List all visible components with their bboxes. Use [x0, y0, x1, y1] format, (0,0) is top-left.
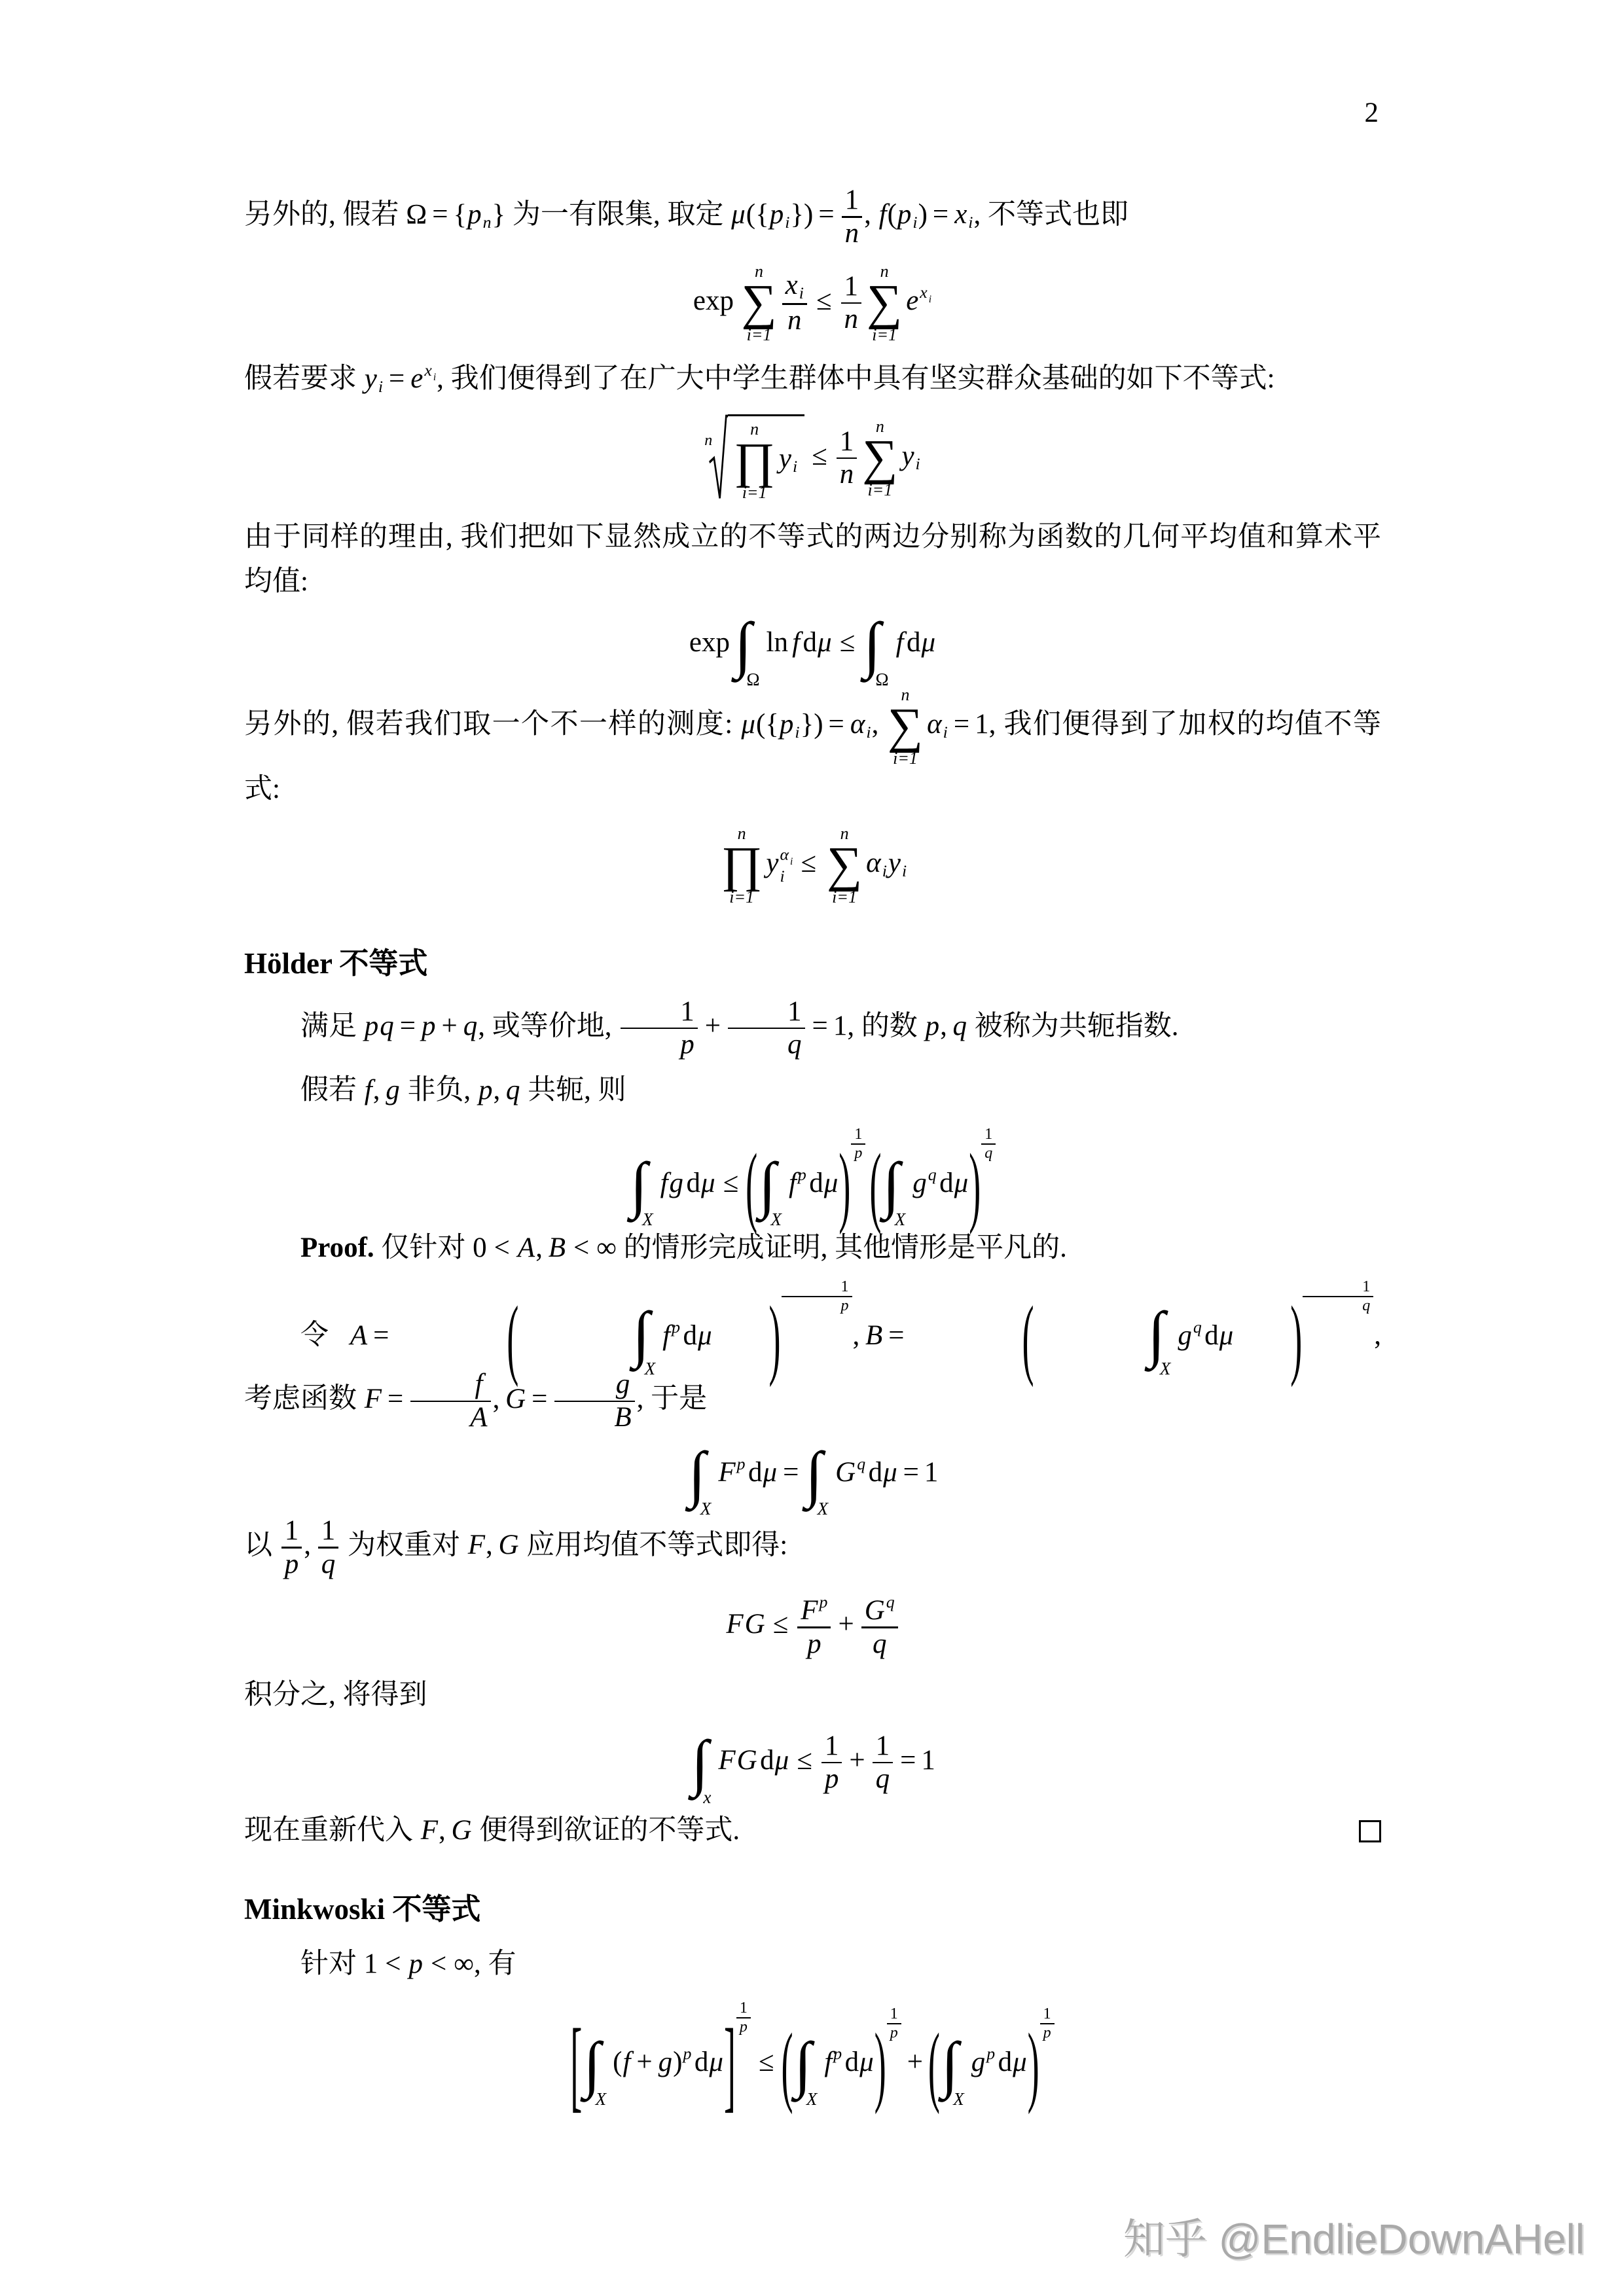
math-token: 1 — [1303, 1278, 1373, 1296]
inline-math: Ω={pn} — [406, 199, 505, 230]
formula-row: nn∏i=1yi≤1nn∑i=1yi — [704, 440, 920, 471]
math-operator: + — [833, 1609, 859, 1640]
math-variable: α — [850, 709, 866, 740]
math-operator: = — [895, 1745, 921, 1776]
math-token: B — [554, 1402, 634, 1433]
paragraph: 积分之, 将得到 — [244, 1673, 1381, 1717]
paragraph: 针对 1<p<∞, 有 — [244, 1942, 1381, 1986]
math-variable: e — [410, 363, 424, 394]
math-operator: = — [883, 1320, 909, 1351]
operator-glyph: ∏ — [721, 842, 763, 888]
operator-lower-limit: i=1 — [742, 484, 767, 501]
integral: ∫Ω — [734, 617, 765, 673]
math-relation: ≤ — [793, 848, 823, 878]
operator-lower-limit: i=1 — [872, 326, 897, 344]
math-variable: F — [364, 1384, 382, 1414]
integral: ∫X — [805, 1446, 833, 1502]
scripted-group: (∫Xfpdμ)1p — [782, 2047, 902, 2077]
operator-lower-limit: i=1 — [867, 481, 892, 499]
math-variable: q — [886, 1592, 895, 1611]
roman-text: 1 — [840, 426, 854, 457]
math-variable: g — [912, 1168, 928, 1198]
math-variable: α — [865, 848, 882, 878]
roman-text: 1 — [854, 1126, 862, 1143]
paren-group: (∫Xfpdμ) — [394, 1306, 780, 1369]
math-token: 1p — [1039, 2013, 1055, 2032]
roman-text: d — [760, 1745, 774, 1776]
fraction: 1p — [887, 2005, 901, 2042]
math-variable: G — [835, 1457, 856, 1488]
integral-subscript: x — [703, 1787, 711, 1807]
math-relation: < — [424, 1948, 454, 1979]
roman-text: , — [373, 1075, 380, 1105]
math-token: 1q — [1302, 1285, 1374, 1304]
math-variable: G — [451, 1815, 473, 1846]
math-operator: = — [898, 1457, 924, 1488]
math-variable: n — [482, 213, 492, 232]
math-variable: μ — [882, 1457, 898, 1488]
fraction: 1q — [1303, 1278, 1373, 1315]
math-variable: μ — [740, 709, 756, 740]
math-variable: y — [765, 848, 779, 878]
fraction: Fpp — [797, 1593, 831, 1660]
math-variable: f — [660, 1168, 669, 1198]
integral-glyph: ∫ — [734, 617, 751, 672]
math-relation: ≤ — [804, 440, 835, 471]
math-variable: p — [824, 1763, 840, 1794]
roman-text: , — [493, 1384, 500, 1414]
math-token: i — [912, 213, 918, 232]
fraction: 1n — [842, 185, 863, 249]
scripted-group: Fp — [717, 1457, 746, 1488]
math-operator: = — [928, 199, 954, 230]
math-variable: μ — [921, 627, 937, 658]
paragraph: 由于同样的理由, 我们把如下显然成立的不等式的两边分别称为函数的几何平均值和算术… — [244, 515, 1381, 604]
roman-text: , — [853, 1320, 860, 1351]
math-token: i — [915, 454, 921, 473]
math-variable: G — [498, 1530, 520, 1560]
math-variable: p — [478, 1075, 494, 1105]
formula-row: [∫X(f+g)pdμ]1p≤(∫Xfpdμ)1p+(∫Xgpdμ)1p — [570, 2047, 1055, 2077]
math-token: p — [819, 1592, 829, 1611]
paren-group: (∫Xgqdμ) — [910, 1306, 1303, 1369]
roman-text: 1 — [825, 1731, 839, 1761]
math-variable: μ — [731, 199, 746, 230]
math-token: αi — [780, 846, 794, 867]
math-token: 1p — [850, 1133, 866, 1152]
math-token: p — [833, 2044, 842, 2063]
math-operator: = — [368, 1320, 394, 1351]
math-variable: f — [622, 2047, 631, 2077]
roman-text: ( — [888, 199, 897, 230]
roman-text: 1 — [680, 996, 695, 1027]
roman-text: ∞ — [596, 1232, 617, 1263]
math-operator: + — [437, 1011, 463, 1041]
scripted-group: gq — [1177, 1320, 1202, 1351]
math-variable: p — [854, 1145, 863, 1162]
math-variable: p — [671, 1318, 681, 1336]
subscripted-group: xi — [954, 199, 973, 230]
math-variable: α — [926, 709, 943, 740]
inline-math: f,g — [364, 1075, 401, 1105]
math-operator: = — [395, 1011, 421, 1041]
roman-text: d — [939, 1168, 954, 1198]
math-token: 1p — [886, 2013, 902, 2032]
formula-row: FG≤Fpp+Gqq — [725, 1609, 899, 1640]
delimited-content: ∫Xfpdμ — [793, 2047, 875, 2077]
integral-subscript: X — [645, 1359, 656, 1378]
page: 2 另外的, 假若 Ω={pn} 为一有限集, 取定 μ({pi})=1n,f(… — [0, 0, 1624, 2296]
math-operator: = — [382, 1384, 408, 1414]
integral: ∫X — [630, 1157, 659, 1213]
math-variable: p — [679, 1029, 695, 1060]
math-token: i — [865, 723, 871, 742]
cjk-text: , 有 — [474, 1948, 516, 1979]
paragraph: 假若 f,g 非负, p,q 共轭, 则 — [244, 1068, 1381, 1113]
roman-text: , — [304, 1530, 311, 1560]
roman-text: 1 — [787, 996, 802, 1027]
math-variable: μ — [1219, 1320, 1235, 1351]
math-variable: q — [505, 1075, 521, 1105]
left-delimiter: ( — [782, 2020, 793, 2110]
math-variable: x — [785, 270, 799, 300]
radicand: n∏i=1yi — [728, 414, 804, 502]
delimited-content: ∫Xfpdμ — [518, 1320, 712, 1351]
roman-text: , — [864, 199, 871, 230]
math-variable: μ — [763, 1457, 778, 1488]
cjk-text: 为权重对 — [340, 1530, 467, 1560]
operator-lower-limit: i=1 — [832, 888, 857, 906]
paragraph: 满足 pq=p+q, 或等价地, 1p+1q=1, 的数 p,q 被称为共轭指数… — [244, 996, 1381, 1061]
math-token: xi — [424, 361, 437, 380]
math-token: i — [780, 867, 785, 885]
roman-text: d — [998, 2047, 1013, 2077]
roman-text: , — [493, 1075, 500, 1105]
math-token: i — [799, 283, 804, 302]
display-formula: ∫Xfgdμ≤(∫Xfpdμ)1p(∫Xgqdμ)1q — [244, 1126, 1381, 1213]
math-variable: i — [780, 867, 785, 886]
delimited-content: ∫Xgqdμ — [881, 1168, 969, 1198]
roman-text: } — [492, 199, 506, 230]
integral-glyph: ∫ — [691, 1735, 708, 1790]
scripted-group: Fp — [800, 1595, 828, 1626]
bold-lead: Proof. — [300, 1232, 374, 1263]
scripted-group: (∫Xgqdμ)1q — [910, 1320, 1375, 1351]
subscripted-group: yi — [888, 848, 907, 878]
inline-math: 0<A,B<∞ — [473, 1232, 617, 1263]
integral-glyph: ∫ — [630, 1157, 647, 1212]
math-variable: x — [424, 361, 432, 380]
integral-glyph: ∫ — [941, 2037, 958, 2092]
delimited-content: ∫Xfpdμ — [757, 1168, 839, 1198]
roman-text: , — [940, 1011, 947, 1041]
math-token: p — [821, 1763, 842, 1795]
math-variable: F — [725, 1609, 744, 1640]
math-token: p — [804, 1628, 825, 1660]
integral-subscript: X — [953, 2089, 964, 2109]
math-variable: p — [986, 2044, 996, 2063]
roman-text: d — [748, 1457, 763, 1488]
math-token: p — [736, 2018, 751, 2036]
math-token: 1 — [1041, 2005, 1054, 2023]
fraction: 1p — [851, 1126, 865, 1162]
math-token: q — [728, 1029, 805, 1060]
math-variable: x — [919, 283, 928, 302]
cjk-text: , 不等式也即 — [973, 199, 1128, 230]
math-token: p — [1040, 2024, 1055, 2042]
inline-math: F=fA,G=gB — [364, 1384, 637, 1414]
fraction: 1q — [318, 1515, 339, 1580]
integral: ∫X — [520, 1306, 660, 1369]
math-variable: G — [505, 1384, 526, 1414]
roman-text: 1 — [876, 1731, 890, 1761]
right-delimiter: ) — [839, 1140, 850, 1230]
math-token: 1 — [852, 1126, 865, 1143]
math-variable: G — [864, 1595, 886, 1626]
roman-text: d — [695, 2047, 709, 2077]
math-token: p — [782, 1297, 852, 1315]
paren-group: (∫Xgpdμ) — [928, 2037, 1039, 2092]
math-token: q — [856, 1454, 866, 1473]
scripted-group: exi — [410, 363, 437, 394]
math-variable: f — [878, 199, 888, 230]
math-variable: B — [548, 1232, 566, 1263]
math-relation: ≤ — [809, 285, 839, 316]
roman-text: 1 — [285, 1515, 299, 1546]
math-variable: p — [736, 1454, 746, 1473]
math-variable: q — [1193, 1318, 1202, 1336]
roman-text: 1 — [844, 271, 859, 302]
cjk-text: 令 — [300, 1320, 350, 1351]
operator-glyph: ∑ — [888, 704, 923, 749]
math-variable: y — [778, 443, 792, 474]
math-variable: q — [1362, 1297, 1371, 1314]
integral-subscript: X — [818, 1499, 829, 1518]
scripted-group: fp — [662, 1320, 681, 1351]
math-token: i — [792, 457, 798, 476]
right-delimiter: ] — [724, 2013, 736, 2116]
subscripted-group: yi — [901, 440, 920, 471]
math-variable: μ — [697, 1320, 713, 1351]
roman-text: 1 — [975, 709, 989, 740]
math-variable: n — [844, 304, 859, 334]
qed-box — [1359, 1820, 1381, 1842]
fraction: 1n — [837, 426, 857, 491]
integral-glyph: ∫ — [689, 1446, 706, 1501]
inline-math: p,q — [478, 1075, 520, 1105]
math-token: xi — [782, 270, 807, 303]
math-token: 1 — [782, 1278, 852, 1296]
paren-group: (∫Xfpdμ) — [746, 1157, 850, 1213]
roman-text: ( — [613, 2047, 622, 2077]
display-formula: n∏i=1yαii≤n∑i=1αiyi — [244, 825, 1381, 906]
math-variable: B — [613, 1402, 632, 1433]
integral-glyph: ∫ — [759, 1157, 776, 1212]
math-variable: q — [875, 1763, 891, 1794]
fraction: 1p — [1040, 2005, 1055, 2042]
math-token: n — [841, 304, 862, 335]
math-variable: p — [779, 709, 795, 740]
math-variable: g — [658, 2047, 674, 2077]
math-token: 1 — [982, 1126, 995, 1143]
roman-text: exp — [689, 627, 730, 658]
big-operator: n∑i=1 — [888, 686, 923, 768]
math-token: 1 — [621, 996, 697, 1028]
roman-text: }) — [790, 199, 813, 230]
math-variable: q — [379, 1011, 395, 1041]
cjk-text: 被称为共轭指数. — [967, 1011, 1179, 1041]
roman-text: 1 — [321, 1515, 336, 1546]
subscripted-group: xi — [424, 361, 437, 380]
inline-math: 1<p<∞ — [364, 1948, 474, 1979]
subscripted-group: αi — [780, 845, 794, 864]
math-variable: p — [925, 1011, 941, 1041]
inline-math: F,G — [467, 1530, 520, 1560]
big-operator: n∑i=1 — [741, 262, 776, 344]
cjk-text: 共轭, 则 — [520, 1075, 626, 1105]
math-variable: g — [385, 1075, 401, 1105]
roman-text: d — [809, 1168, 823, 1198]
cjk-text: 的情形完成证明, 其他情形是平凡的. — [617, 1232, 1067, 1263]
math-token: xi — [919, 283, 932, 302]
roman-text: 1 — [845, 185, 859, 215]
paragraph: 另外的, 假若我们取一个不一样的测度: μ({pi})=αi,n∑i=1αi=1… — [244, 686, 1381, 812]
integral-subscript: X — [770, 1210, 782, 1229]
section-heading: Minkwoski 不等式 — [244, 1885, 1381, 1928]
math-variable: i — [794, 723, 800, 742]
math-token: i — [882, 861, 888, 880]
integral-subscript: X — [895, 1210, 906, 1229]
math-token: q — [886, 1592, 895, 1611]
cjk-text: 以 — [244, 1530, 280, 1560]
roman-text: 0 — [473, 1232, 487, 1263]
display-formula: exp∫Ωlnfdμ≤∫Ωfdμ — [244, 617, 1381, 673]
inline-math: A=(∫Xfpdμ)1p,B=(∫Xgqdμ)1q — [350, 1320, 1374, 1351]
roman-text: 1 — [1043, 2005, 1051, 2022]
roman-text: 1 — [740, 2000, 748, 2017]
math-variable: n — [844, 218, 860, 249]
cjk-text: 应用均值不等式即得: — [520, 1530, 788, 1560]
integral-subscript: X — [642, 1210, 653, 1229]
math-variable: q — [463, 1011, 478, 1041]
fraction: Gqq — [861, 1593, 898, 1660]
left-delimiter: ( — [870, 1140, 882, 1230]
math-token: p — [736, 1454, 746, 1473]
scripted-group: (∫Xgpdμ)1p — [928, 2047, 1055, 2077]
sup-sub-group: yαii — [765, 848, 793, 878]
inline-math: F,G — [420, 1815, 473, 1846]
integral: ∫X — [759, 1157, 787, 1213]
inline-math: μ({pi})=αi,n∑i=1αi=1 — [740, 709, 988, 740]
fraction: 1p — [821, 1731, 842, 1795]
roman-text: d — [1204, 1320, 1219, 1351]
math-variable: i — [915, 454, 921, 473]
math-variable: p — [897, 199, 912, 230]
math-token: g — [556, 1369, 634, 1400]
math-variable: p — [739, 2018, 748, 2036]
math-token: 1q — [981, 1133, 996, 1152]
cjk-text: , 或等价地, — [478, 1011, 619, 1041]
big-operator: n∏i=1 — [721, 825, 763, 906]
watermark: 知乎 @EndlieDownAHell — [1123, 2206, 1585, 2266]
math-token: q — [1193, 1318, 1202, 1336]
formula-row: n∏i=1yαii≤n∑i=1αiyi — [718, 848, 907, 878]
delimited-content: ∫Xgpdμ — [940, 2047, 1028, 2077]
roman-text: 1 — [921, 1745, 935, 1776]
integral-subscript: X — [806, 2089, 818, 2109]
math-token: A — [410, 1402, 490, 1433]
cjk-text: 另外的, 假若我们取一个不一样的测度: — [244, 709, 740, 740]
subscripted-group: αi — [926, 709, 948, 740]
roman-text: 1 — [1362, 1278, 1370, 1295]
integral: ∫X — [583, 2037, 611, 2092]
inline-math: 1p,1q — [280, 1530, 340, 1560]
integral: ∫X — [941, 2037, 969, 2092]
math-variable: F — [717, 1457, 736, 1488]
formula-row: ∫XFpdμ=∫XGqdμ=1 — [687, 1457, 939, 1488]
operator-glyph: ∏ — [734, 439, 775, 484]
math-token: q — [318, 1549, 339, 1580]
math-token: 1 — [729, 996, 804, 1028]
paragraph: 另外的, 假若 Ω={pn} 为一有限集, 取定 μ({pi})=1n,f(pi… — [244, 185, 1381, 249]
integral-glyph: ∫ — [882, 1157, 899, 1212]
cjk-text: 由于同样的理由, 我们把如下显然成立的不等式的两边分别称为函数的几何平均值和算术… — [244, 522, 1381, 597]
math-variable: g — [615, 1369, 631, 1399]
big-operator: n∑i=1 — [867, 262, 902, 344]
math-variable: y — [901, 440, 914, 471]
operator-lower-limit: i=1 — [893, 749, 918, 767]
fraction: 1q — [981, 1126, 996, 1162]
cjk-text: 非负, — [401, 1075, 478, 1105]
roman-text: , — [872, 709, 879, 740]
math-variable: f — [823, 2047, 833, 2077]
roman-text: 1 — [924, 1457, 939, 1488]
math-token: n — [482, 213, 492, 232]
math-token: Fp — [797, 1593, 831, 1626]
math-operator: = — [526, 1384, 552, 1414]
operator-glyph: ∑ — [867, 280, 902, 326]
display-formula: ∫xFGdμ≤1p+1q=1 — [244, 1731, 1381, 1795]
integral-glyph: ∫ — [583, 2037, 600, 2092]
cjk-text: , 于是 — [637, 1384, 708, 1414]
fraction: xin — [782, 270, 807, 336]
math-variable: G — [744, 1609, 766, 1640]
integral: ∫X — [795, 2037, 823, 2092]
subscripted-group: yi — [364, 363, 384, 394]
math-token: p — [887, 2024, 901, 2042]
fraction: 1p — [621, 996, 698, 1061]
math-token: p — [621, 1029, 698, 1060]
scripted-group: Gq — [864, 1595, 895, 1626]
roman-text: , — [486, 1530, 493, 1560]
operator-lower-limit: i=1 — [747, 326, 772, 344]
document-content: 另外的, 假若 Ω={pn} 为一有限集, 取定 μ({pi})=1n,f(pi… — [244, 177, 1381, 2106]
inline-math: pq=p+q — [364, 1011, 478, 1041]
math-variable: μ — [859, 2047, 875, 2077]
scripted-group: gq — [912, 1168, 937, 1198]
fraction: 1q — [873, 1731, 893, 1795]
cjk-text: , 我们便得到了在广大中学生群体中具有坚实群众基础的如下不等式: — [437, 363, 1274, 394]
display-formula: expn∑i=1xin≤1nn∑i=1exi — [244, 262, 1381, 344]
subscripted-group: αi — [865, 848, 888, 878]
math-relation: ≤ — [766, 1609, 796, 1640]
math-variable: F — [467, 1530, 486, 1560]
math-token: p — [851, 1145, 865, 1162]
math-operator: = — [813, 199, 839, 230]
scripted-group: gp — [971, 2047, 996, 2077]
math-variable: A — [517, 1232, 535, 1263]
cjk-text: 另外的, 假若 — [244, 199, 406, 230]
